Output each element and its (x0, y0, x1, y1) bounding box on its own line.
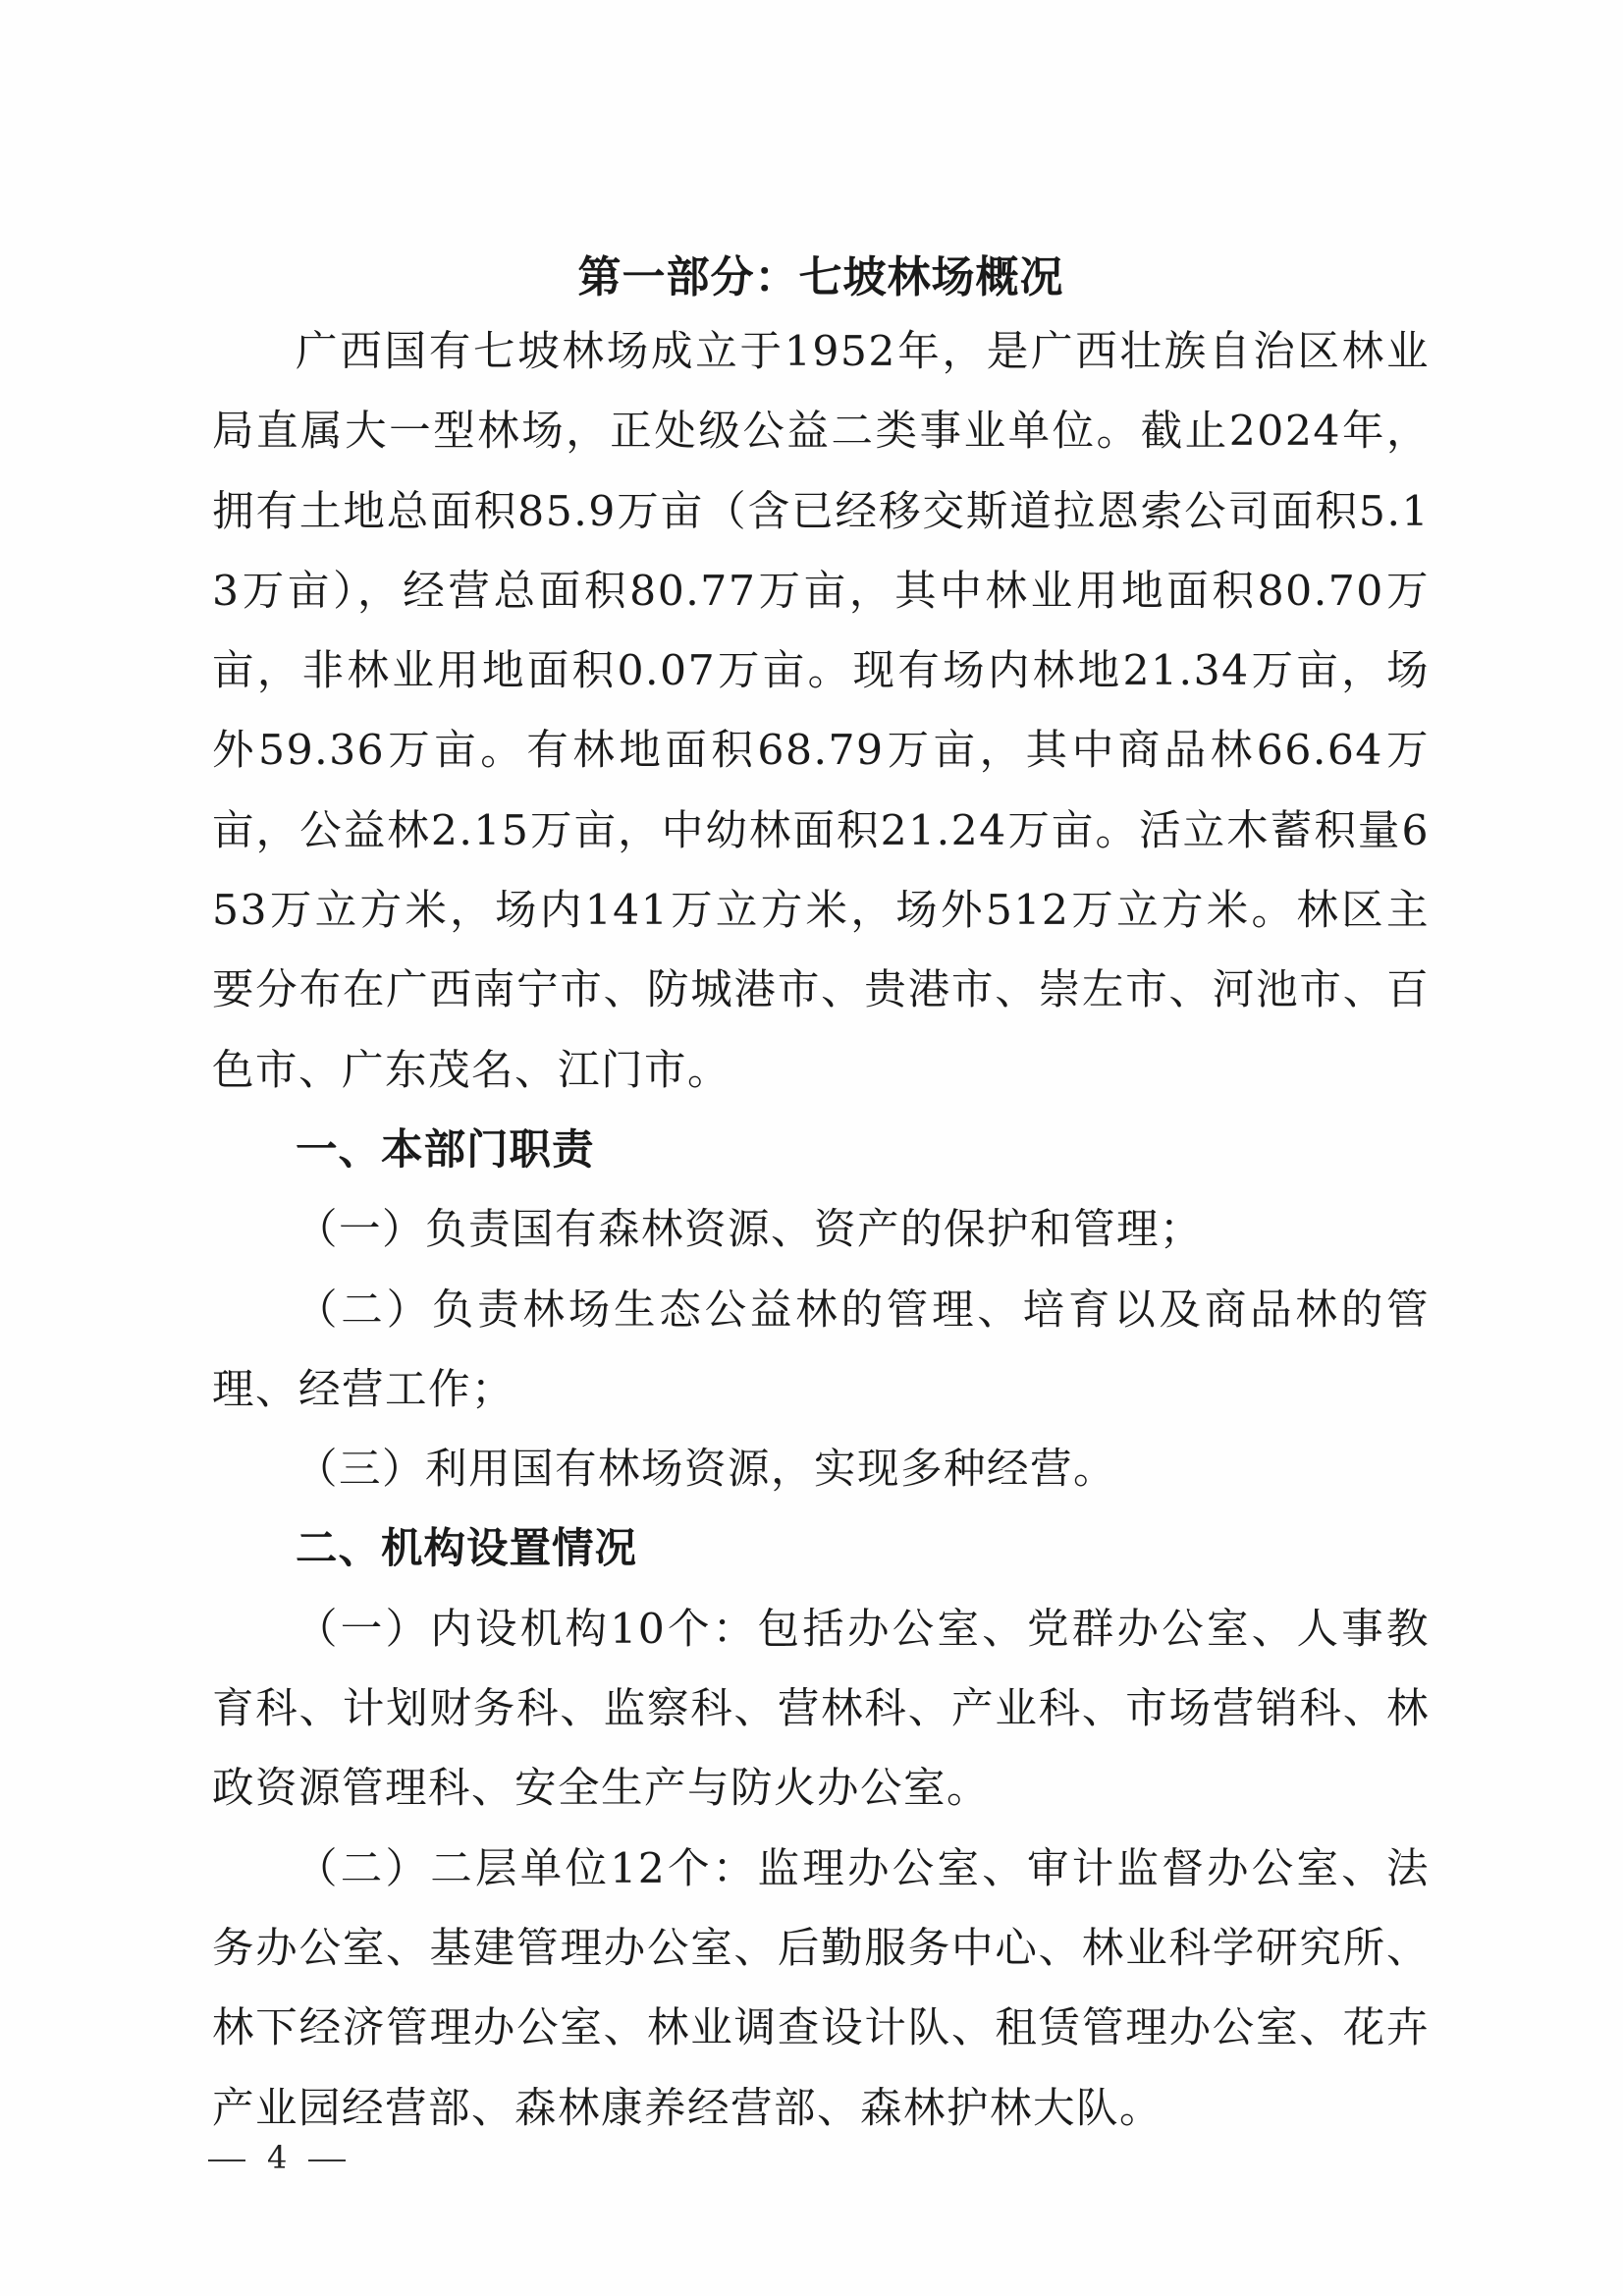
list-item: （二）二层单位12个：监理办公室、审计监督办公室、法务办公室、基建管理办公室、后… (212, 1830, 1430, 2149)
section-heading: 一、本部门职责 (212, 1111, 1430, 1190)
dash-left-decoration (208, 2159, 245, 2161)
document-page: 第一部分：七坡林场概况 广西国有七坡林场成立于1952年，是广西壮族自治区林业局… (0, 0, 1623, 2296)
section-heading: 二、机构设置情况 (212, 1509, 1430, 1589)
dash-right-decoration (308, 2159, 346, 2161)
section-organization: 二、机构设置情况 （一）内设机构10个：包括办公室、党群办公室、人事教育科、计划… (212, 1509, 1430, 2148)
list-item: （一）负责国有森林资源、资产的保护和管理； (212, 1190, 1430, 1270)
section-responsibilities: 一、本部门职责 （一）负责国有森林资源、资产的保护和管理； （二）负责林场生态公… (212, 1111, 1430, 1509)
intro-paragraph: 广西国有七坡林场成立于1952年，是广西壮族自治区林业局直属大一型林场，正处级公… (212, 312, 1430, 1111)
list-item: （一）内设机构10个：包括办公室、党群办公室、人事教育科、计划财务科、监察科、营… (212, 1590, 1430, 1830)
list-item: （三）利用国有林场资源，实现多种经营。 (212, 1430, 1430, 1509)
page-content: 第一部分：七坡林场概况 广西国有七坡林场成立于1952年，是广西壮族自治区林业局… (212, 244, 1430, 2149)
page-title: 第一部分：七坡林场概况 (212, 244, 1430, 312)
page-number: 4 (208, 2139, 346, 2176)
page-number-value: 4 (267, 2139, 287, 2176)
list-item: （二）负责林场生态公益林的管理、培育以及商品林的管理、经营工作； (212, 1271, 1430, 1431)
